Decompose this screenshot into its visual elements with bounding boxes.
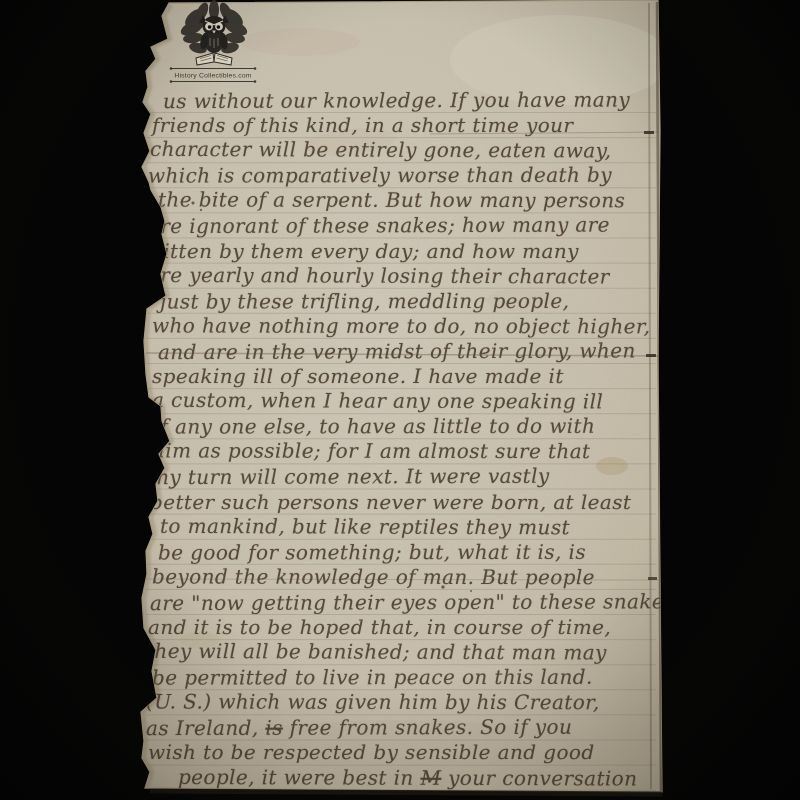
paper-bottom-shadow: [150, 791, 662, 794]
photo-stage: History Collectibles.com us without our …: [0, 0, 800, 800]
